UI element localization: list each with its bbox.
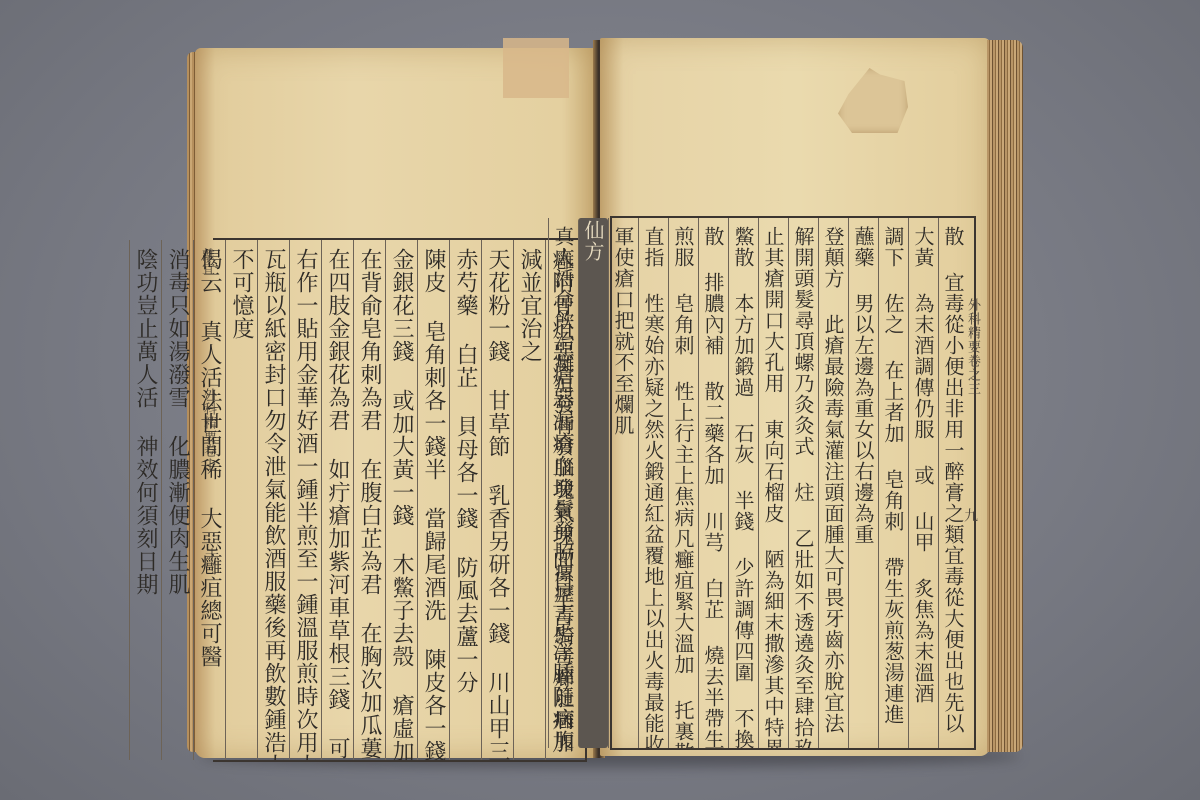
right-folio: 九 — [960, 508, 980, 522]
text-column: 登顛方 此瘡最險毒氣灌注頭面腫大可畏牙齒亦脫宜法 — [818, 218, 848, 748]
text-column: 瓦瓶以紙密封口勿令泄氣能飲酒服藥後再飲數鍾浩大 — [257, 240, 289, 760]
label-slip — [503, 38, 569, 98]
right-margin-side: 外科精要卷之三 — [963, 298, 982, 396]
text-column: 蘸藥 男以左邊為重女以右邊為重 — [848, 218, 878, 748]
text-column: 軍使瘡口把就不至爛肌 — [608, 218, 638, 748]
text-column: 大黃 為末酒調傳仍服 或 山甲 炙焦為末溫酒 — [908, 218, 938, 748]
text-column: 消毒只如湯潑雪 化膿漸便肉生肌 — [161, 240, 193, 760]
text-column: 解開頭髮尋頂螺乃灸灸式 炷 乙壯如不透遶灸至肆拾玖壯而 — [788, 218, 818, 748]
right-page: 散 宜毒從小便出非用一醉膏之類宜毒從大便出也先以 大黃 為末酒調傳仍服 或 山甲… — [600, 38, 990, 756]
right-page-edges — [987, 40, 1023, 752]
left-columns: 癰附骨疽惡瘡惡漏瘡血塊氣塊面目手足浮腫隨病加 減並宜治之 天花粉一錢 甘草節 乳… — [129, 240, 577, 760]
text-column: 直指 性寒始亦疑之然火鍛通紅盆覆地上以出火毒最能收 — [638, 218, 668, 748]
text-column: 真人活命飲治癰疽發背發腦發鬢發脇瘰癧毒騎毒癤肚癰腹 — [548, 218, 578, 748]
text-column: 天花粉一錢 甘草節 乳香另研各一錢 川山甲三大片炒去粉 — [481, 240, 513, 760]
text-column: 煎服 皂角刺 性上行主上焦病凡癰疽緊大溫加 托裏散 煎服 — [668, 218, 698, 748]
right-text-frame: 散 宜毒從小便出非用一醉膏之類宜毒從大便出也先以 大黃 為末酒調傳仍服 或 山甲… — [610, 216, 976, 750]
text-column: 在背俞皂角刺為君 在腹白芷為君 在胸次加瓜蔞仁二錢 — [353, 240, 385, 760]
left-text-frame: 癰附骨疽惡瘡惡漏瘡血塊氣塊面目手足浮腫隨病加 減並宜治之 天花粉一錢 甘草節 乳… — [213, 238, 587, 762]
open-book: 離宜 外科精要卷上 十 癰附骨疽惡瘡惡漏瘡血塊氣塊面目手足浮腫隨病加 減並宜治之… — [195, 30, 1025, 760]
text-column: 止其瘡開口大孔用 東向石榴皮 陋為細末撒滲其中特異 — [758, 218, 788, 748]
text-column: 不可憶度 — [225, 240, 257, 760]
text-column: 鱉散 本方加鍛過 石灰 半錢 少許調傳四圍 不換金正氣 — [728, 218, 758, 748]
text-column: 偈云 真人活法世間稀 大惡癰疽總可醫 — [193, 240, 225, 760]
text-column: 金銀花三錢 或加大黃一錢 木鱉子去殼 瘡虛加黃芪一錢 — [385, 240, 417, 760]
text-column: 陰功豈止萬人活 神效何須刻日期 — [129, 240, 161, 760]
torn-paper-patch — [838, 68, 908, 133]
text-column: 赤芍藥 白芷 貝母各一錢 防風去蘆一分 — [449, 240, 481, 760]
text-column: 陳皮 皂角刺各一錢半 當歸尾酒洗 陳皮各一錢半 — [417, 240, 449, 760]
text-column: 散 排膿內補 散二藥各加 川芎 白芷 燒去半帶生灰相間 — [698, 218, 728, 748]
text-column: 減並宜治之 — [513, 240, 545, 760]
right-columns: 散 宜毒從小便出非用一醉膏之類宜毒從大便出也先以 大黃 為末酒調傳仍服 或 山甲… — [548, 218, 968, 748]
left-page: 離宜 外科精要卷上 十 癰附骨疽惡瘡惡漏瘡血塊氣塊面目手足浮腫隨病加 減並宜治之… — [195, 48, 595, 758]
text-column: 調下 佐之 在上者加 皂角刺 帶生灰煎葱湯連進 — [878, 218, 908, 748]
section-heading: 仙方 — [578, 218, 608, 748]
text-column: 在四肢金銀花為君 如疔瘡加紫河車草根三錢 可加無不宜 — [321, 240, 353, 760]
text-column: 右作一貼用金華好酒一鍾半煎至一鍾溫服煎時次用大 — [289, 240, 321, 760]
